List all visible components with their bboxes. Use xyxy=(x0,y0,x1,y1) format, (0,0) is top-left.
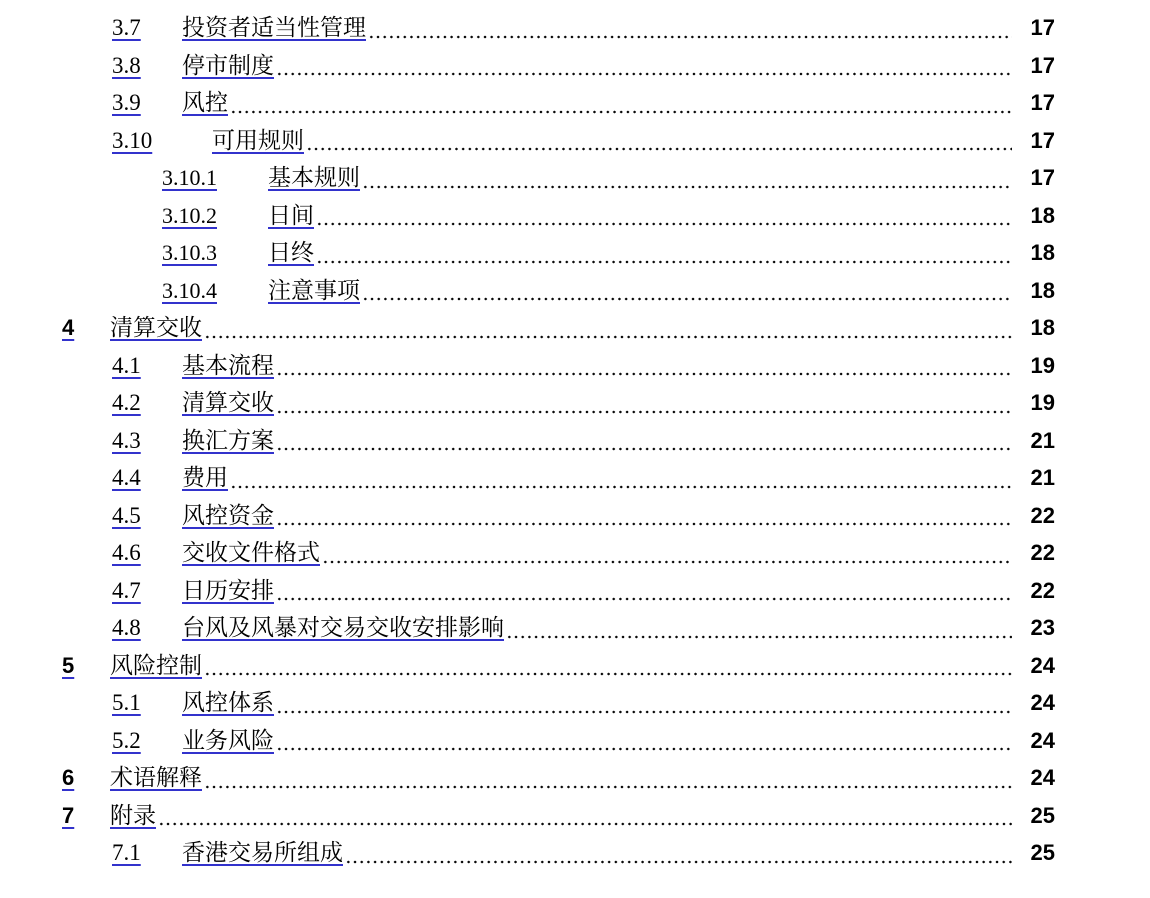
toc-page-number: 24 xyxy=(1015,647,1055,685)
toc-entry-number[interactable]: 4 xyxy=(62,309,110,347)
dot-leader xyxy=(345,860,1012,864)
toc-entry-number[interactable]: 4.4 xyxy=(112,459,182,497)
toc-entry-title[interactable]: 附录 xyxy=(110,797,156,835)
dot-leader xyxy=(322,560,1012,564)
toc-entry-number[interactable]: 5.2 xyxy=(112,722,182,760)
toc-entry-title[interactable]: 费用 xyxy=(182,459,228,497)
toc-entry-number[interactable]: 7.1 xyxy=(112,834,182,872)
toc-row: 3.10.1基本规则17 xyxy=(0,159,1150,197)
toc-row: 4.2清算交收19 xyxy=(0,384,1150,422)
toc-entry-number[interactable]: 5 xyxy=(62,647,110,685)
toc-entry-number[interactable]: 4.2 xyxy=(112,384,182,422)
toc-page-number: 18 xyxy=(1015,272,1055,310)
toc-row: 3.7投资者适当性管理17 xyxy=(0,9,1150,47)
toc-row: 3.9风控17 xyxy=(0,84,1150,122)
toc-entry-title[interactable]: 台风及风暴对交易交收安排影响 xyxy=(182,609,504,647)
toc-entry-title[interactable]: 基本规则 xyxy=(268,159,360,197)
dot-leader xyxy=(276,522,1012,526)
toc-entry-title[interactable]: 风险控制 xyxy=(110,647,202,685)
toc-page-number: 25 xyxy=(1015,834,1055,872)
toc-row: 5风险控制24 xyxy=(0,647,1150,685)
dot-leader xyxy=(276,597,1012,601)
toc-row: 4.5风控资金22 xyxy=(0,497,1150,535)
toc-page-number: 24 xyxy=(1015,722,1055,760)
toc-entry-number[interactable]: 6 xyxy=(62,759,110,797)
toc-entry-title[interactable]: 可用规则 xyxy=(212,122,304,160)
toc-row: 4.4费用21 xyxy=(0,459,1150,497)
toc-page-number: 18 xyxy=(1015,234,1055,272)
dot-leader xyxy=(276,410,1012,414)
dot-leader xyxy=(204,785,1012,789)
toc-page-number: 17 xyxy=(1015,84,1055,122)
toc-row: 4.3换汇方案21 xyxy=(0,422,1150,460)
toc-row: 7附录25 xyxy=(0,797,1150,835)
dot-leader xyxy=(204,672,1012,676)
toc-row: 3.10.4注意事项18 xyxy=(0,272,1150,310)
dot-leader xyxy=(230,485,1012,489)
toc-entry-number[interactable]: 4.5 xyxy=(112,497,182,535)
toc-entry-title[interactable]: 停市制度 xyxy=(182,47,274,85)
toc-row: 4.6交收文件格式22 xyxy=(0,534,1150,572)
toc-entry-title[interactable]: 风控体系 xyxy=(182,684,274,722)
toc-page-number: 19 xyxy=(1015,384,1055,422)
dot-leader xyxy=(368,35,1012,39)
toc-row: 7.1香港交易所组成25 xyxy=(0,834,1150,872)
dot-leader xyxy=(158,822,1012,826)
toc-entry-number[interactable]: 4.8 xyxy=(112,609,182,647)
toc-page-number: 22 xyxy=(1015,497,1055,535)
toc-row: 6术语解释24 xyxy=(0,759,1150,797)
toc-row: 3.10.3日终18 xyxy=(0,234,1150,272)
toc-entry-title[interactable]: 换汇方案 xyxy=(182,422,274,460)
toc-page-number: 17 xyxy=(1015,122,1055,160)
toc-page-number: 19 xyxy=(1015,347,1055,385)
dot-leader xyxy=(230,110,1012,114)
toc-entry-title[interactable]: 基本流程 xyxy=(182,347,274,385)
dot-leader xyxy=(204,335,1012,339)
toc-entry-title[interactable]: 交收文件格式 xyxy=(182,534,320,572)
toc-entry-title[interactable]: 术语解释 xyxy=(110,759,202,797)
document-page: 3.7投资者适当性管理173.8停市制度173.9风控173.10可用规则173… xyxy=(0,0,1150,898)
toc-entry-number[interactable]: 4.3 xyxy=(112,422,182,460)
toc-row: 3.8停市制度17 xyxy=(0,47,1150,85)
toc-entry-number[interactable]: 4.7 xyxy=(112,572,182,610)
toc-page-number: 21 xyxy=(1015,459,1055,497)
dot-leader xyxy=(276,710,1012,714)
toc-entry-number[interactable]: 3.10.1 xyxy=(162,159,268,197)
dot-leader xyxy=(362,297,1012,301)
dot-leader xyxy=(276,747,1012,751)
toc-entry-number[interactable]: 7 xyxy=(62,797,110,835)
toc-entry-title[interactable]: 清算交收 xyxy=(110,309,202,347)
toc-page-number: 22 xyxy=(1015,572,1055,610)
toc-row: 4.1基本流程19 xyxy=(0,347,1150,385)
toc-entry-title[interactable]: 日终 xyxy=(268,234,314,272)
dot-leader xyxy=(276,372,1012,376)
dot-leader xyxy=(316,260,1012,264)
toc-entry-title[interactable]: 香港交易所组成 xyxy=(182,834,343,872)
toc-entry-title[interactable]: 投资者适当性管理 xyxy=(182,9,366,47)
toc-entry-number[interactable]: 4.1 xyxy=(112,347,182,385)
toc-page-number: 21 xyxy=(1015,422,1055,460)
toc-entry-number[interactable]: 3.10.2 xyxy=(162,197,268,235)
toc-page-number: 25 xyxy=(1015,797,1055,835)
toc-entry-number[interactable]: 5.1 xyxy=(112,684,182,722)
toc-row: 5.1风控体系24 xyxy=(0,684,1150,722)
toc-entry-title[interactable]: 日间 xyxy=(268,197,314,235)
toc-entry-title[interactable]: 业务风险 xyxy=(182,722,274,760)
toc-entry-title[interactable]: 风控资金 xyxy=(182,497,274,535)
toc-page-number: 23 xyxy=(1015,609,1055,647)
toc-page-number: 22 xyxy=(1015,534,1055,572)
toc-row: 4.7日历安排22 xyxy=(0,572,1150,610)
toc-entry-title[interactable]: 日历安排 xyxy=(182,572,274,610)
toc-entry-number[interactable]: 3.10.4 xyxy=(162,272,268,310)
toc-list: 3.7投资者适当性管理173.8停市制度173.9风控173.10可用规则173… xyxy=(0,9,1150,872)
toc-page-number: 17 xyxy=(1015,47,1055,85)
toc-row: 4.8台风及风暴对交易交收安排影响23 xyxy=(0,609,1150,647)
toc-page-number: 17 xyxy=(1015,9,1055,47)
dot-leader xyxy=(506,635,1012,639)
toc-entry-title[interactable]: 清算交收 xyxy=(182,384,274,422)
toc-entry-number[interactable]: 3.7 xyxy=(112,9,182,47)
dot-leader xyxy=(276,72,1012,76)
dot-leader xyxy=(362,185,1012,189)
toc-entry-number[interactable]: 3.10.3 xyxy=(162,234,268,272)
dot-leader xyxy=(306,147,1012,151)
toc-row: 4清算交收18 xyxy=(0,309,1150,347)
toc-entry-number[interactable]: 4.6 xyxy=(112,534,182,572)
toc-page-number: 17 xyxy=(1015,159,1055,197)
toc-page-number: 18 xyxy=(1015,197,1055,235)
toc-row: 3.10可用规则17 xyxy=(0,122,1150,160)
toc-entry-number[interactable]: 3.10 xyxy=(112,122,212,160)
toc-entry-title[interactable]: 注意事项 xyxy=(268,272,360,310)
dot-leader xyxy=(316,222,1012,226)
toc-page-number: 18 xyxy=(1015,309,1055,347)
toc-page-number: 24 xyxy=(1015,684,1055,722)
toc-row: 3.10.2日间18 xyxy=(0,197,1150,235)
toc-entry-number[interactable]: 3.9 xyxy=(112,84,182,122)
toc-page-number: 24 xyxy=(1015,759,1055,797)
toc-row: 5.2业务风险24 xyxy=(0,722,1150,760)
dot-leader xyxy=(276,447,1012,451)
toc-entry-number[interactable]: 3.8 xyxy=(112,47,182,85)
toc-entry-title[interactable]: 风控 xyxy=(182,84,228,122)
